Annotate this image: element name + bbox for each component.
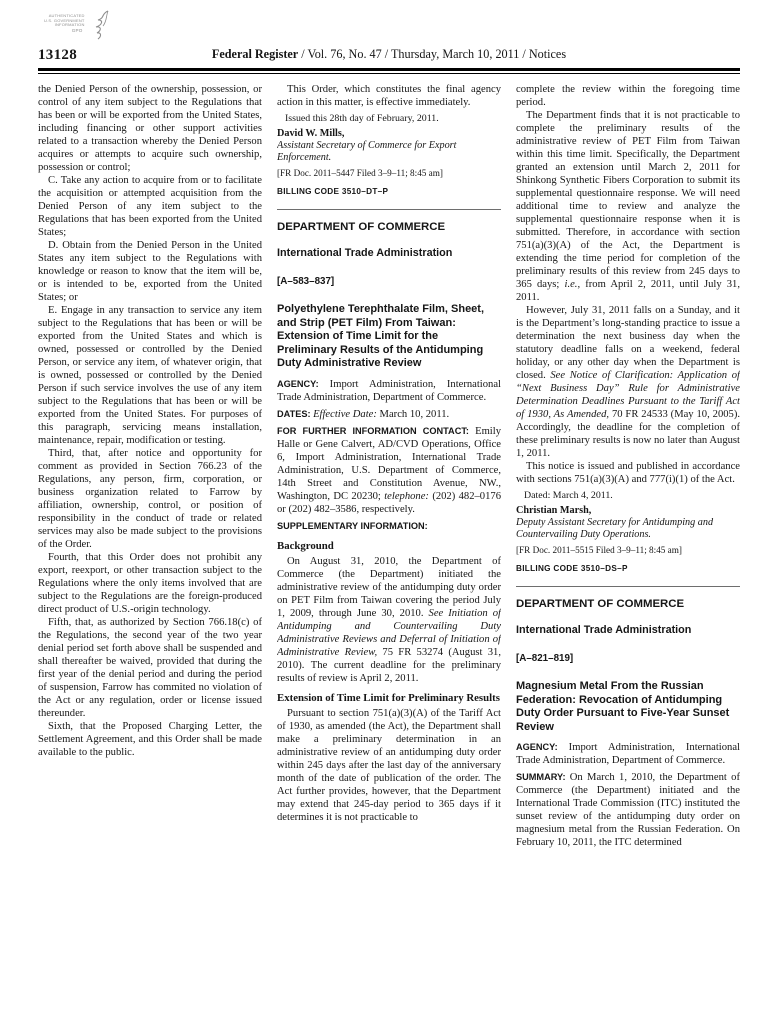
fr-doc-number: [FR Doc. 2011–5515 Filed 3–9–11; 8:45 am… (516, 544, 740, 557)
text-segment: On March 1, 2010, the Department of Comm… (516, 772, 740, 848)
department-heading: DEPARTMENT OF COMMERCE (277, 221, 501, 234)
section-divider (516, 586, 740, 587)
labeled-paragraph: AGENCY: Import Administration, Internati… (516, 741, 740, 767)
signature-title: Assistant Secretary of Commerce for Expo… (277, 140, 501, 164)
paragraph: E. Engage in any transaction to service … (38, 304, 262, 447)
text-segment: This Order, which constitutes the final … (277, 84, 501, 108)
gpo-authenticated-logo: AUTHENTICATED U.S. GOVERNMENT INFORMATIO… (44, 8, 740, 44)
text-segment: the Denied Person of the ownership, poss… (38, 84, 262, 173)
billing-code: BILLING CODE 3510–DS–P (516, 562, 740, 575)
fr-doc-number: [FR Doc. 2011–5447 Filed 3–9–11; 8:45 am… (277, 167, 501, 180)
text-segment: Dated: March 4, 2011. (524, 490, 613, 501)
text-segment: telephone: (384, 491, 429, 502)
paragraph: On August 31, 2010, the Department of Co… (277, 555, 501, 685)
text-segment: D. Obtain from the Denied Person in the … (38, 240, 262, 303)
paragraph: This notice is issued and published in a… (516, 460, 740, 486)
header-title-publication: Federal Register (212, 47, 298, 61)
paragraph: The Department finds that it is not prac… (516, 109, 740, 304)
text-segment: Pursuant to section 751(a)(3)(A) of the … (277, 708, 501, 823)
column-1: the Denied Person of the ownership, poss… (38, 83, 262, 1024)
gpo-eagle-icon (87, 9, 111, 43)
labeled-paragraph: SUMMARY: On March 1, 2010, the Departmen… (516, 771, 740, 849)
text-segment: Issued this 28th day of February, 2011. (285, 113, 439, 124)
labeled-paragraph: FOR FURTHER INFORMATION CONTACT: Emily H… (277, 425, 501, 516)
field-label: SUPPLEMENTARY INFORMATION: (277, 521, 428, 531)
paragraph: C. Take any action to acquire from or to… (38, 174, 262, 239)
header-rule (38, 68, 740, 74)
text-segment: [FR Doc. 2011–5515 Filed 3–9–11; 8:45 am… (516, 545, 682, 555)
paragraph: Pursuant to section 751(a)(3)(A) of the … (277, 707, 501, 824)
text-segment: i.e., (565, 279, 581, 290)
text-segment: March 10, 2011. (377, 409, 449, 420)
document-title: Magnesium Metal From the Russian Federat… (516, 680, 740, 734)
text-segment: Sixth, that the Proposed Charging Letter… (38, 721, 262, 758)
section-subheading: Background (277, 540, 501, 553)
agency-heading: International Trade Administration (277, 247, 501, 260)
text-segment: Third, that, after notice and opportunit… (38, 448, 262, 550)
column-2: This Order, which constitutes the final … (277, 83, 501, 1024)
section-divider (277, 209, 501, 210)
text-segment: Extension of Time Limit for Preliminary … (277, 692, 500, 704)
dateline: Dated: March 4, 2011. (516, 489, 740, 502)
paragraph: This Order, which constitutes the final … (277, 83, 501, 109)
text-segment: Magnesium Metal From the Russian Federat… (516, 680, 729, 733)
page-header: 13128 Federal Register / Vol. 76, No. 47… (38, 46, 740, 65)
text-segment: C. Take any action to acquire from or to… (38, 175, 262, 238)
signature-name: Christian Marsh, (516, 504, 740, 517)
text-segment: DEPARTMENT OF COMMERCE (516, 598, 684, 610)
header-title: Federal Register / Vol. 76, No. 47 / Thu… (38, 47, 740, 62)
field-label: AGENCY: (516, 742, 569, 752)
text-segment: [A–821–819] (516, 653, 573, 664)
text-segment: Background (277, 540, 334, 552)
labeled-paragraph: DATES: Effective Date: March 10, 2011. (277, 408, 501, 421)
text-segment: Fifth, that, as authorized by Section 76… (38, 617, 262, 719)
text-segment: Deputy Assistant Secretary for Antidumpi… (516, 517, 713, 540)
federal-register-page: AUTHENTICATED U.S. GOVERNMENT INFORMATIO… (0, 0, 770, 1024)
paragraph: Third, that, after notice and opportunit… (38, 447, 262, 551)
paragraph: Fourth, that this Order does not prohibi… (38, 551, 262, 616)
logo-gpo-label: GPO (44, 29, 85, 34)
agency-heading: International Trade Administration (516, 624, 740, 637)
gpo-logo-text: AUTHENTICATED U.S. GOVERNMENT INFORMATIO… (44, 14, 85, 33)
text-segment: Fourth, that this Order does not prohibi… (38, 552, 262, 615)
paragraph: D. Obtain from the Denied Person in the … (38, 239, 262, 304)
text-segment: David W. Mills, (277, 128, 344, 139)
document-title: Polyethylene Terephthalate Film, Sheet, … (277, 303, 501, 371)
text-segment: complete the review within the foregoing… (516, 84, 740, 108)
text-segment: [FR Doc. 2011–5447 Filed 3–9–11; 8:45 am… (277, 168, 443, 178)
paragraph: complete the review within the foregoing… (516, 83, 740, 109)
text-segment: Assistant Secretary of Commerce for Expo… (277, 140, 456, 163)
paragraph: However, July 31, 2011 falls on a Sunday… (516, 304, 740, 460)
text-segment: This notice is issued and published in a… (516, 461, 740, 485)
paragraph: Fifth, that, as authorized by Section 76… (38, 616, 262, 720)
signature-name: David W. Mills, (277, 127, 501, 140)
text-segment: [A–583–837] (277, 276, 334, 287)
text-segment: Effective Date: (313, 409, 377, 420)
section-subheading: Extension of Time Limit for Preliminary … (277, 692, 501, 705)
signature-title: Deputy Assistant Secretary for Antidumpi… (516, 517, 740, 541)
labeled-paragraph: SUPPLEMENTARY INFORMATION: (277, 520, 501, 533)
text-segment: International Trade Administration (277, 247, 452, 259)
dateline: Issued this 28th day of February, 2011. (277, 112, 501, 125)
text-segment: E. Engage in any transaction to service … (38, 305, 262, 446)
text-segment: BILLING CODE 3510–DT–P (277, 187, 388, 196)
text-segment: International Trade Administration (516, 624, 691, 636)
column-3: complete the review within the foregoing… (516, 83, 740, 1024)
text-segment: The Department finds that it is not prac… (516, 110, 740, 290)
paragraph: the Denied Person of the ownership, poss… (38, 83, 262, 174)
docket-number: [A–821–819] (516, 652, 740, 665)
field-label: FOR FURTHER INFORMATION CONTACT: (277, 426, 475, 436)
text-segment: Polyethylene Terephthalate Film, Sheet, … (277, 303, 484, 369)
field-label: DATES: (277, 409, 313, 419)
department-heading: DEPARTMENT OF COMMERCE (516, 598, 740, 611)
paragraph: Sixth, that the Proposed Charging Letter… (38, 720, 262, 759)
text-segment: BILLING CODE 3510–DS–P (516, 564, 628, 573)
labeled-paragraph: AGENCY: Import Administration, Internati… (277, 378, 501, 404)
docket-number: [A–583–837] (277, 275, 501, 288)
header-title-issue: / Vol. 76, No. 47 / Thursday, March 10, … (298, 47, 566, 61)
billing-code: BILLING CODE 3510–DT–P (277, 185, 501, 198)
field-label: AGENCY: (277, 379, 330, 389)
content-columns: the Denied Person of the ownership, poss… (38, 83, 740, 1024)
text-segment: Christian Marsh, (516, 505, 591, 516)
text-segment: DEPARTMENT OF COMMERCE (277, 221, 445, 233)
field-label: SUMMARY: (516, 772, 570, 782)
